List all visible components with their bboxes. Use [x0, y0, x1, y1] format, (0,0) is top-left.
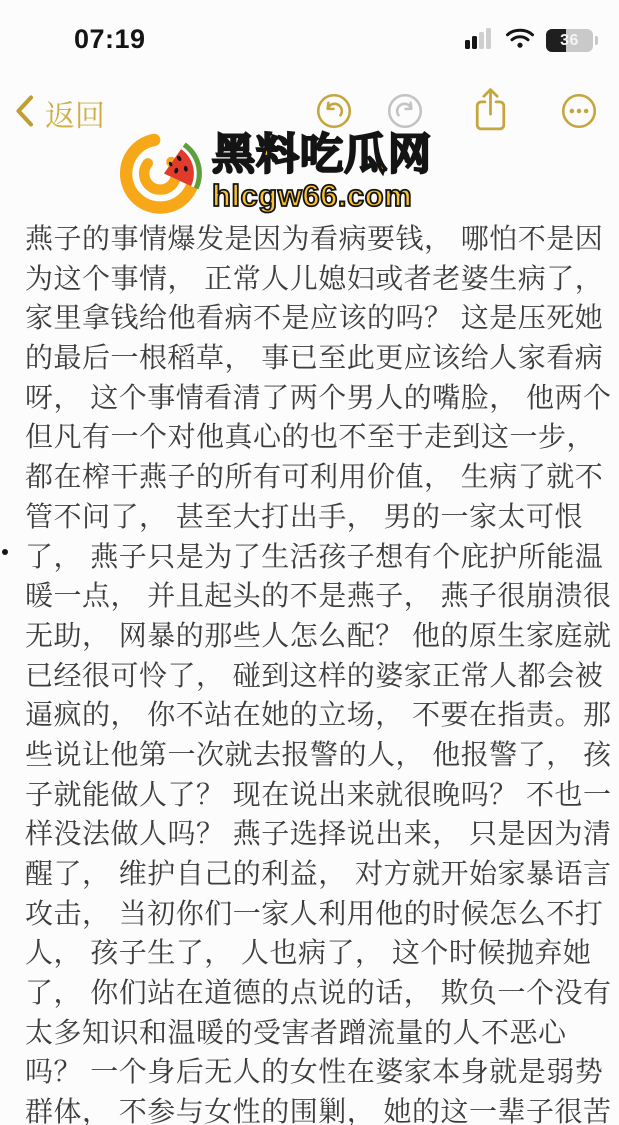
note-text-line: 子就能做人了？ 现在说出来就很晚吗？ 不也一 — [25, 775, 600, 815]
note-text-line: 了， 你们站在道德的点说的话， 欺负一个没有 — [25, 973, 600, 1013]
back-button-label: 返回 — [45, 91, 105, 135]
cellular-signal-icon — [465, 28, 494, 54]
note-text-line: 样没法做人吗？ 燕子选择说出来， 只是因为清 — [25, 814, 600, 854]
note-text-line: 但凡有一个对他真心的也不至于走到这一步， — [25, 417, 600, 457]
note-text-line: 了， 燕子只是为了生活孩子想有个庇护所能温 — [25, 537, 600, 577]
chevron-left-icon — [14, 94, 35, 133]
note-text-line: 醒了， 维护自己的利益， 对方就开始家暴语言 — [25, 854, 600, 894]
note-text-line: 些说让他第一次就去报警的人， 他报警了， 孩 — [25, 735, 600, 775]
note-text-line: 家里拿钱给他看病不是应该的吗？ 这是压死她 — [25, 298, 600, 338]
note-text-line: 都在榨干燕子的所有可利用价值， 生病了就不 — [25, 457, 600, 497]
note-text-line: 攻击， 当初你们一家人利用他的时候怎么不打 — [25, 894, 600, 934]
wifi-icon — [505, 27, 535, 54]
stray-dot-artifact — [2, 549, 8, 555]
note-text-line: 的最后一根稻草， 事已至此更应该给人家看病 — [25, 338, 600, 378]
note-text-line: 吗？ 一个身后无人的女性在婆家本身就是弱势 — [25, 1052, 600, 1092]
note-text-line: 管不问了， 甚至大打出手， 男的一家太可恨 — [25, 497, 600, 537]
share-button[interactable] — [472, 86, 509, 138]
status-icons: 36 — [465, 27, 593, 54]
watermark-logo: 黑料吃瓜网 hlcgw66.com — [116, 129, 432, 218]
note-text-line: 无助， 网暴的那些人怎么配？ 他的原生家庭就 — [25, 616, 600, 656]
note-text-line: 群体， 不参与女性的围剿， 她的这一辈子很苦 — [25, 1092, 600, 1125]
watermark-site-domain: hlcgw66.com — [212, 179, 432, 212]
note-text-line: 已经很可怜了， 碰到这样的婆家正常人都会被 — [25, 656, 600, 696]
note-editor[interactable]: 燕子的事情爆发是因为看病要钱， 哪怕不是因为这个事情， 正常人儿媳妇或者老婆生病… — [25, 219, 600, 1125]
note-text-line: 为这个事情， 正常人儿媳妇或者老婆生病了， — [25, 259, 600, 299]
battery-icon: 36 — [546, 29, 593, 52]
watermelon-logo-icon — [116, 129, 212, 218]
note-text-line: 燕子的事情爆发是因为看病要钱， 哪怕不是因 — [25, 219, 600, 259]
note-text-line: 逼疯的， 你不站在她的立场， 不要在指责。那 — [25, 695, 600, 735]
back-button[interactable]: 返回 — [14, 91, 105, 135]
clock-time: 07:19 — [74, 24, 146, 55]
note-text-line: 呀， 这个事情看清了两个男人的嘴脸， 他两个 — [25, 378, 600, 418]
note-text-line: 人， 孩子生了， 人也病了， 这个时候抛弃她 — [25, 933, 600, 973]
watermark-site-name: 黑料吃瓜网 — [212, 132, 432, 179]
watermark-text: 黑料吃瓜网 hlcgw66.com — [212, 132, 432, 212]
more-options-button[interactable] — [560, 92, 598, 135]
note-text-line: 太多知识和温暖的受害者蹭流量的人不恶心 — [25, 1013, 600, 1053]
battery-percent: 36 — [546, 29, 593, 52]
note-text-line: 暖一点， 并且起头的不是燕子， 燕子很崩溃很 — [25, 576, 600, 616]
battery-nub — [595, 36, 598, 45]
status-bar: 07:19 36 — [0, 0, 619, 66]
